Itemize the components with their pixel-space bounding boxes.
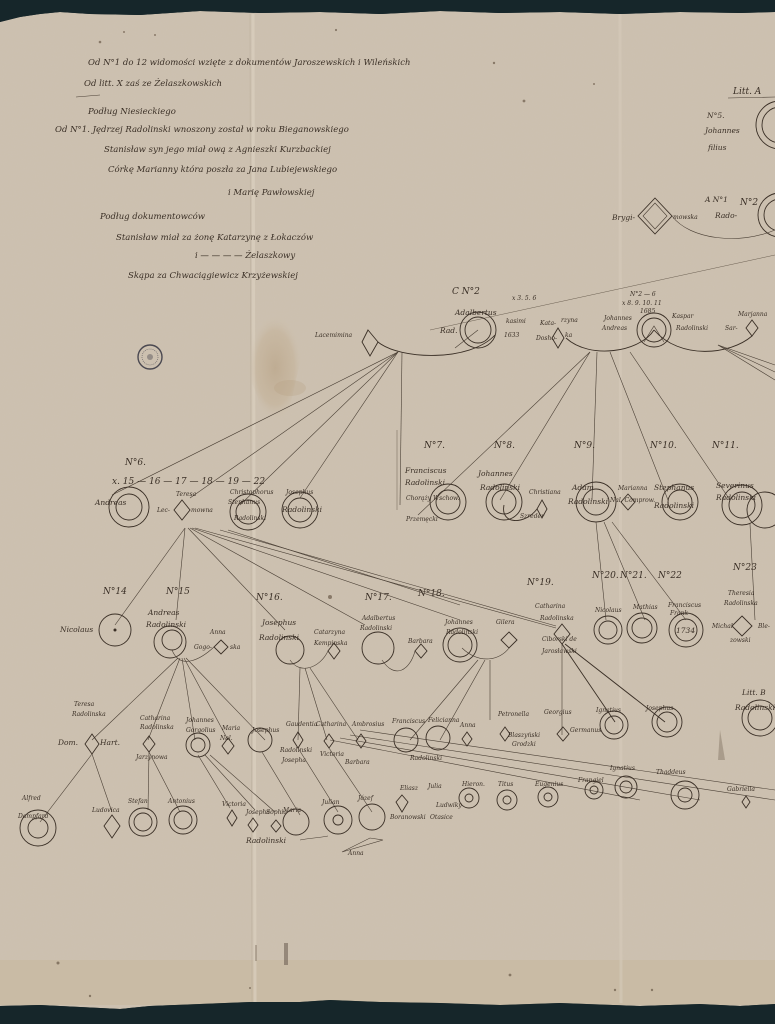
svg-text:Radolinski: Radolinski xyxy=(567,497,609,506)
svg-text:Barbara: Barbara xyxy=(344,759,370,766)
svg-text:N°10.: N°10. xyxy=(649,441,677,451)
svg-text:Anna: Anna xyxy=(459,722,476,729)
svg-text:N°8.: N°8. xyxy=(493,441,515,451)
svg-text:Marianna: Marianna xyxy=(617,485,648,492)
svg-text:Petronella: Petronella xyxy=(497,711,529,718)
svg-text:N°23: N°23 xyxy=(732,563,757,573)
svg-text:N°21.: N°21. xyxy=(619,571,647,581)
svg-text:Kempinska: Kempinska xyxy=(313,640,348,647)
svg-text:Johannes: Johannes xyxy=(602,315,632,322)
note-line: Stanisław miał za żonę Katarzynę z Łokac… xyxy=(116,232,314,243)
svg-text:ska: ska xyxy=(230,644,241,651)
note-line: Skąpa za Chwaciągiewicz Krzyżewskiej xyxy=(128,271,298,281)
svg-text:Stefan: Stefan xyxy=(128,798,148,805)
svg-text:Rado-: Rado- xyxy=(714,211,738,220)
svg-text:1633: 1633 xyxy=(504,332,519,339)
svg-text:Litt. B: Litt. B xyxy=(741,688,766,697)
svg-text:Josepha: Josepha xyxy=(280,757,306,764)
svg-text:Ambrosius: Ambrosius xyxy=(351,721,384,728)
svg-text:Julian: Julian xyxy=(320,799,340,806)
svg-text:N°15: N°15 xyxy=(165,587,190,597)
svg-text:Radolinska: Radolinska xyxy=(723,600,758,607)
svg-text:Gabriella: Gabriella xyxy=(727,786,755,793)
svg-text:Sar-: Sar- xyxy=(725,325,738,332)
svg-text:Eliasz: Eliasz xyxy=(399,785,419,792)
svg-text:C N°2: C N°2 xyxy=(452,287,480,297)
svg-text:Teresa: Teresa xyxy=(74,701,95,708)
svg-text:x 8. 9. 10. 11: x 8. 9. 10. 11 xyxy=(622,300,662,307)
svg-text:Julia: Julia xyxy=(426,783,442,790)
svg-text:N°2 — 6: N°2 — 6 xyxy=(629,291,656,298)
svg-text:Radolinski: Radolinski xyxy=(409,755,442,762)
svg-text:Johannes: Johannes xyxy=(443,619,473,626)
svg-text:Josephus: Josephus xyxy=(644,705,673,712)
svg-text:Franciscus: Franciscus xyxy=(391,718,425,725)
svg-text:Lec-: Lec- xyxy=(156,507,170,514)
svg-text:Nicolaus: Nicolaus xyxy=(594,607,622,614)
svg-text:Ciborski de: Ciborski de xyxy=(542,636,577,643)
svg-text:Radolinski: Radolinski xyxy=(653,501,695,510)
svg-text:Radolinska: Radolinska xyxy=(71,711,106,718)
svg-text:Anna: Anna xyxy=(347,850,364,857)
svg-text:Titus: Titus xyxy=(498,781,513,788)
svg-text:Otasice: Otasice xyxy=(430,814,453,821)
svg-text:Anna: Anna xyxy=(209,629,226,636)
svg-text:filius: filius xyxy=(707,143,727,152)
svg-text:Andreas: Andreas xyxy=(147,608,180,617)
svg-text:Lacemimina: Lacemimina xyxy=(314,332,353,339)
note-line: Stanisław syn jego miał ową z Agnieszki … xyxy=(104,145,331,155)
svg-text:Gogo-: Gogo- xyxy=(194,644,212,651)
svg-text:Felicianna: Felicianna xyxy=(427,717,460,724)
svg-text:Franciscus: Franciscus xyxy=(667,602,701,609)
svg-text:x. 15 — 16 — 17 — 18 — 19 — 22: x. 15 — 16 — 17 — 18 — 19 — 22 xyxy=(112,477,265,487)
svg-text:Christophorus: Christophorus xyxy=(230,489,273,496)
svg-text:Chorąży Wschow.: Chorąży Wschow. xyxy=(406,495,459,502)
svg-text:Gilera: Gilera xyxy=(496,619,515,626)
svg-text:Blaszyński: Blaszyński xyxy=(507,732,540,739)
svg-text:Alfred: Alfred xyxy=(21,795,41,802)
svg-text:kasimi: kasimi xyxy=(506,318,526,325)
svg-text:Rad.: Rad. xyxy=(439,326,457,335)
svg-text:N°16.: N°16. xyxy=(255,593,283,603)
svg-text:N°6.: N°6. xyxy=(124,458,146,468)
svg-text:Litt. A: Litt. A xyxy=(732,87,762,97)
svg-text:Catharina: Catharina xyxy=(316,721,347,728)
svg-text:Maria: Maria xyxy=(282,807,302,814)
svg-text:N°14: N°14 xyxy=(102,587,127,597)
manuscript-scan: Od N°1 do 12 widomości wzięte z dokument… xyxy=(0,0,775,1024)
svg-text:Josephus: Josephus xyxy=(260,618,296,627)
svg-text:mowna: mowna xyxy=(191,507,213,514)
svg-text:Ludovica: Ludovica xyxy=(91,807,120,814)
svg-text:Marjanna: Marjanna xyxy=(737,311,768,318)
svg-text:Radolinski: Radolinski xyxy=(359,625,392,632)
svg-text:mowska: mowska xyxy=(673,214,698,221)
svg-text:Catarzyna: Catarzyna xyxy=(314,629,345,636)
svg-text:Jarzynowa: Jarzynowa xyxy=(134,754,168,761)
svg-text:Józef: Józef xyxy=(356,795,375,802)
svg-text:Radolinski: Radolinski xyxy=(245,836,287,845)
svg-text:Radolinski: Radolinski xyxy=(445,629,478,636)
svg-text:Maria: Maria xyxy=(221,725,241,732)
svg-text:Germanus: Germanus xyxy=(570,727,601,734)
svg-text:Christiana: Christiana xyxy=(529,489,561,496)
svg-text:N°20.: N°20. xyxy=(591,571,619,581)
svg-text:Ignatius: Ignatius xyxy=(595,707,621,714)
svg-text:1734: 1734 xyxy=(676,626,695,635)
svg-text:Victoria: Victoria xyxy=(222,801,246,808)
svg-text:Gaudentia: Gaudentia xyxy=(286,721,318,728)
svg-text:Radolinska: Radolinska xyxy=(139,724,174,731)
note-line: Córkę Marianny która poszła za Jana Lubi… xyxy=(108,164,337,175)
svg-text:Teresa: Teresa xyxy=(176,491,197,498)
svg-text:Radolinski: Radolinski xyxy=(281,505,323,514)
svg-text:Josephus: Josephus xyxy=(250,727,279,734)
svg-text:Radolinski: Radolinski xyxy=(258,633,300,642)
note-line: Od N°1. Jędrzej Radolinski wnoszony zost… xyxy=(55,125,349,135)
svg-text:Dom.: Dom. xyxy=(57,738,78,747)
svg-text:Andreas: Andreas xyxy=(94,498,127,507)
svg-text:zowski: zowski xyxy=(729,637,751,644)
svg-text:Franciscus: Franciscus xyxy=(404,466,447,475)
svg-text:Victoria: Victoria xyxy=(320,751,344,758)
svg-text:N°2: N°2 xyxy=(739,198,758,208)
svg-text:Radolinski: Radolinski xyxy=(279,747,312,754)
svg-text:A N°1: A N°1 xyxy=(704,195,728,204)
svg-text:N°11.: N°11. xyxy=(711,441,739,451)
svg-text:x 3. 5. 6: x 3. 5. 6 xyxy=(512,295,537,302)
svg-text:N°9.: N°9. xyxy=(573,441,595,451)
svg-text:Hieron.: Hieron. xyxy=(461,781,485,788)
svg-text:N°22: N°22 xyxy=(657,571,682,581)
svg-text:Radolinski: Radolinski xyxy=(145,620,187,629)
svg-text:Thaddeus: Thaddeus xyxy=(656,769,686,776)
note-line: i Marię Pawłowskiej xyxy=(228,188,315,198)
svg-text:Przemęcki: Przemęcki xyxy=(405,516,438,523)
svg-text:Stephanus: Stephanus xyxy=(654,483,694,492)
svg-text:Barbara: Barbara xyxy=(407,638,433,645)
svg-text:Theresia: Theresia xyxy=(728,590,755,597)
note-line: Podług dokumentowców xyxy=(99,211,206,222)
svg-text:Andreas: Andreas xyxy=(601,325,627,332)
svg-text:N°17.: N°17. xyxy=(364,593,392,603)
svg-text:Johannes: Johannes xyxy=(703,126,740,135)
note-line: Od N°1 do 12 widomości wzięte z dokument… xyxy=(88,57,410,68)
svg-text:Mathias: Mathias xyxy=(632,604,658,611)
svg-text:Grodzki: Grodzki xyxy=(512,741,536,748)
note-line: Podług Niesieckiego xyxy=(87,107,176,117)
svg-text:N°19.: N°19. xyxy=(526,578,554,588)
svg-text:Frank: Frank xyxy=(669,610,688,617)
svg-text:Antonius: Antonius xyxy=(167,798,195,805)
svg-text:Johannes: Johannes xyxy=(184,717,214,724)
svg-text:Ludwiky: Ludwiky xyxy=(435,802,462,809)
svg-text:Boranowski: Boranowski xyxy=(389,814,426,821)
svg-text:Michal: Michal xyxy=(711,623,733,630)
note-line: i — — — — Żelaszkowy xyxy=(195,249,295,261)
svg-text:Catharina: Catharina xyxy=(535,603,566,610)
svg-text:Ble-: Ble- xyxy=(757,623,770,630)
svg-text:Catharina: Catharina xyxy=(140,715,171,722)
svg-text:Nicolaus: Nicolaus xyxy=(59,625,93,634)
svg-text:Radolinska: Radolinska xyxy=(539,615,574,622)
svg-text:Brygi-: Brygi- xyxy=(611,213,636,222)
svg-text:Adalbertus: Adalbertus xyxy=(361,615,395,622)
svg-text:Georgius: Georgius xyxy=(544,709,572,716)
svg-text:Kaspar: Kaspar xyxy=(671,313,695,320)
svg-text:Ignatius: Ignatius xyxy=(609,765,635,772)
svg-text:Radolinski: Radolinski xyxy=(404,478,446,487)
svg-text:Radolinski: Radolinski xyxy=(715,493,757,502)
svg-text:N°5.: N°5. xyxy=(706,111,724,120)
svg-text:Radolinski: Radolinski xyxy=(675,325,708,332)
svg-text:Hart.: Hart. xyxy=(99,738,120,747)
svg-text:N°7.: N°7. xyxy=(423,441,445,451)
note-line: Od litt. X zaś ze Żelaszkowskich xyxy=(84,77,222,89)
svg-text:rzyna: rzyna xyxy=(561,317,578,324)
svg-text:Kata-: Kata- xyxy=(539,320,556,327)
svg-text:Severinus: Severinus xyxy=(716,481,754,490)
svg-text:Johannes: Johannes xyxy=(476,469,513,478)
